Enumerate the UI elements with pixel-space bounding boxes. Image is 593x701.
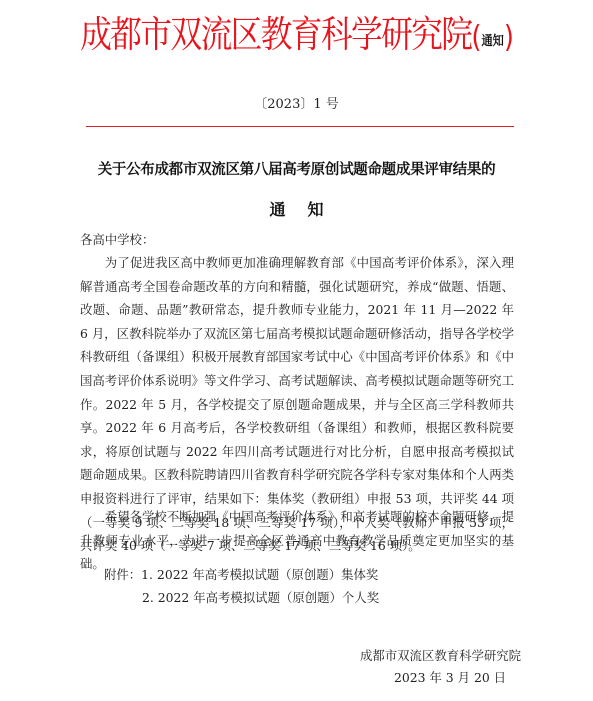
tag-close-paren: )	[504, 20, 514, 55]
doc-type-tag: 通知	[481, 34, 503, 49]
attachment-row-1: 附件：1. 2022 年高考模拟试题（原创题）集体奖	[104, 563, 379, 586]
attachments-list: 附件：1. 2022 年高考模拟试题（原创题）集体奖 2. 2022 年高考模拟…	[104, 563, 379, 609]
attachments-label: 附件：	[104, 567, 141, 582]
attachment-item-1: 1. 2022 年高考模拟试题（原创题）集体奖	[141, 567, 378, 582]
org-name: 成都市双流区教育科学研究院	[80, 13, 471, 56]
tag-open-paren: (	[471, 20, 481, 55]
signature-block: 成都市双流区教育科学研究院 2023 年 3 月 20 日	[360, 645, 540, 689]
signature-date: 2023 年 3 月 20 日	[360, 667, 540, 689]
red-divider-line	[86, 126, 514, 127]
salutation: 各高中学校：	[80, 228, 514, 252]
letterhead-title: 成都市双流区教育科学研究院(通知)	[42, 10, 552, 67]
signature-org: 成都市双流区教育科学研究院	[360, 645, 540, 667]
notice-title-line-2: 通知	[0, 199, 593, 221]
attachment-item-2: 2. 2022 年高考模拟试题（原创题）个人奖	[142, 590, 379, 605]
document-number: 〔2023〕1 号	[0, 96, 593, 114]
notice-title-line-1: 关于公布成都市双流区第八届高考原创试题命题成果评审结果的	[0, 160, 593, 180]
attachment-row-2: 2. 2022 年高考模拟试题（原创题）个人奖	[104, 586, 379, 609]
